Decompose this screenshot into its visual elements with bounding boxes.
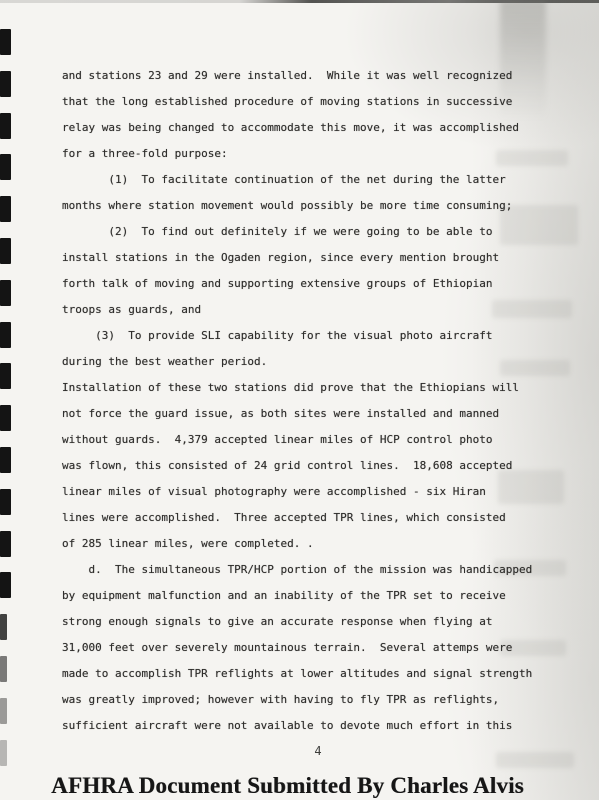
text-line: sufficient aircraft were not available t… (62, 713, 554, 739)
text-line: for a three-fold purpose: (62, 141, 554, 167)
text-line: not force the guard issue, as both sites… (62, 401, 554, 427)
text-line: (1) To facilitate continuation of the ne… (62, 167, 554, 193)
binding-mark (0, 154, 11, 180)
bleed-through-ghost (496, 752, 574, 768)
text-line: forth talk of moving and supporting exte… (62, 271, 554, 297)
text-line: d. The simultaneous TPR/HCP portion of t… (62, 557, 554, 583)
binding-mark (0, 363, 11, 389)
text-line: and stations 23 and 29 were installed. W… (62, 63, 554, 89)
body-text: and stations 23 and 29 were installed. W… (62, 63, 554, 739)
text-line: during the best weather period. (62, 349, 554, 375)
text-line: lines were accomplished. Three accepted … (62, 505, 554, 531)
text-line: that the long established procedure of m… (62, 89, 554, 115)
binding-mark (0, 698, 7, 724)
document-page: and stations 23 and 29 were installed. W… (0, 0, 599, 800)
binding-mark (0, 113, 11, 139)
binding-mark (0, 489, 11, 515)
binding-mark (0, 656, 7, 682)
text-line: Installation of these two stations did p… (62, 375, 554, 401)
binding-mark (0, 447, 11, 473)
text-line: made to accomplish TPR reflights at lowe… (62, 661, 554, 687)
binding-mark (0, 531, 11, 557)
binding-mark (0, 196, 11, 222)
binding-mark (0, 280, 11, 306)
text-line: was greatly improved; however with havin… (62, 687, 554, 713)
text-line: linear miles of visual photography were … (62, 479, 554, 505)
text-line: by equipment malfunction and an inabilit… (62, 583, 554, 609)
binding-mark (0, 614, 7, 640)
binding-mark (0, 405, 11, 431)
text-line: (3) To provide SLI capability for the vi… (62, 323, 554, 349)
text-line: was flown, this consisted of 24 grid con… (62, 453, 554, 479)
text-line: 31,000 feet over severely mountainous te… (62, 635, 554, 661)
text-line: troops as guards, and (62, 297, 554, 323)
text-line: strong enough signals to give an accurat… (62, 609, 554, 635)
text-line: relay was being changed to accommodate t… (62, 115, 554, 141)
footer-caption: AFHRA Document Submitted By Charles Alvi… (0, 773, 587, 799)
text-line: of 285 linear miles, were completed. . (62, 531, 554, 557)
text-line: without guards. 4,379 accepted linear mi… (62, 427, 554, 453)
binding-mark (0, 322, 11, 348)
page-number: 4 (308, 744, 328, 758)
text-line: months where station movement would poss… (62, 193, 554, 219)
text-line: (2) To find out definitely if we were go… (62, 219, 554, 245)
binding-mark (0, 740, 7, 766)
binding-mark (0, 29, 11, 55)
binding-mark (0, 572, 11, 598)
text-line: install stations in the Ogaden region, s… (62, 245, 554, 271)
binding-mark (0, 71, 11, 97)
binding-mark (0, 238, 11, 264)
